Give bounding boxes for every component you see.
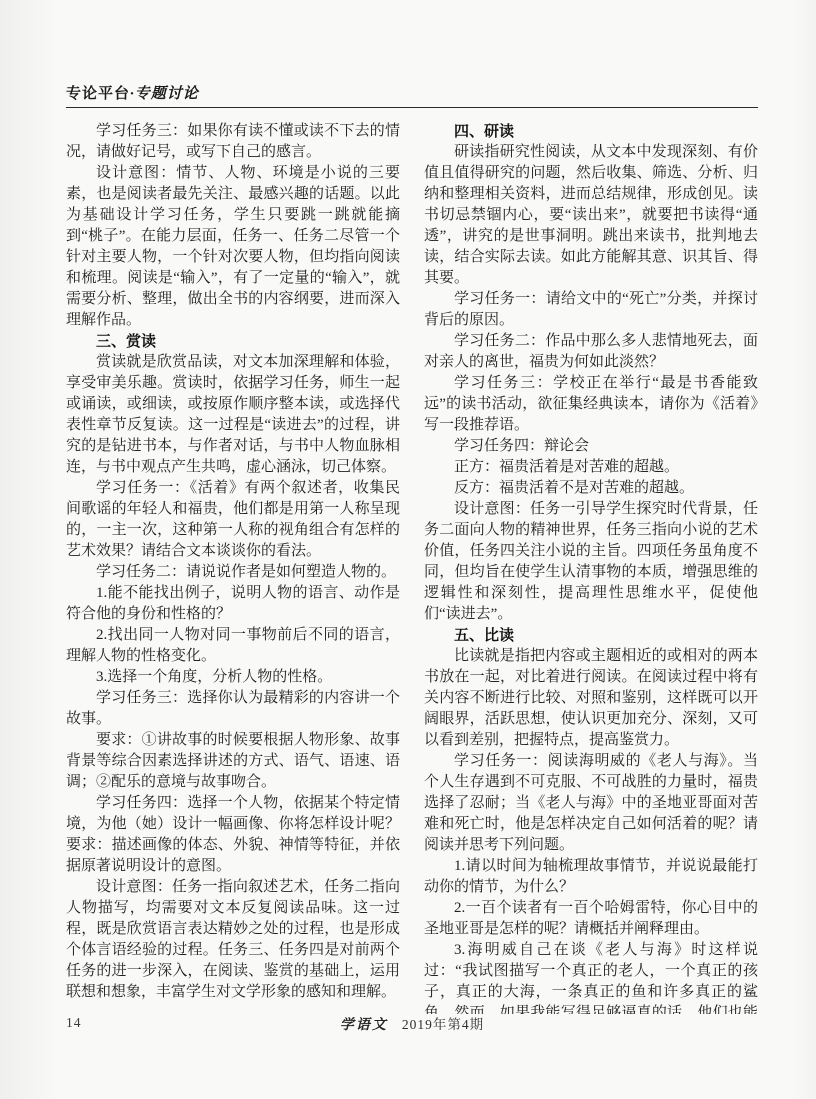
paragraph: 设计意图：任务一引导学生探究时代背景，任务二面向人物的精神世界，任务三指向小说的… [424, 499, 758, 625]
paragraph: 2.找出同一人物对同一事物前后不同的语言，理解人物的性格变化。 [66, 625, 400, 667]
paragraph: 研读指研究性阅读，从文本中发现深刻、有价值且值得研究的问题，然后收集、筛选、分析… [424, 142, 758, 289]
paragraph: 赏读就是欣赏品读，对文本加深理解和体验，享受审美乐趣。赏读时，依据学习任务，师生… [66, 352, 400, 478]
paragraph: 要求：①讲故事的时候要根据人物形象、故事背景等综合因素选择讲述的方式、语气、语速… [66, 730, 400, 793]
paragraph: 学习任务二：请说说作者是如何塑造人物的。 [66, 562, 400, 583]
paragraph: 学习任务四：选择一个人物，依据某个特定情境，为他（她）设计一幅画像、你将怎样设计… [66, 793, 400, 877]
paragraph: 学习任务二：作品中那么多人悲情地死去，面对亲人的离世，福贵为何如此淡然？ [424, 331, 758, 373]
paragraph: 设计意图：任务一指向叙述艺术，任务二指向人物描写，均需要对文本反复阅读品味。这一… [66, 877, 400, 1003]
page-header: 专论平台·专题讨论 [66, 82, 758, 108]
paragraph: 设计意图：情节、人物、环境是小说的三要素，也是阅读者最先关注、最感兴趣的话题。以… [66, 163, 400, 331]
section-heading: 三、赏读 [66, 331, 400, 352]
journal-logo: 学语文 [340, 1018, 388, 1033]
issue-label: 2019年第4期 [402, 1017, 484, 1032]
paragraph: 3.海明威自己在谈《老人与海》时这样说过：“我试图描写一个真正的老人，一个真正的… [424, 940, 758, 1014]
column-section-label: 专论平台·专题讨论 [66, 85, 199, 102]
paragraph: 学习任务三：学校正在举行“最是书香能致远”的读书活动，欲征集经典读本，请你为《活… [424, 373, 758, 436]
paragraph: 1.请以时间为轴梳理故事情节，并说说最能打动你的情节，为什么？ [424, 856, 758, 898]
section-label-main: 专论平台 [66, 85, 130, 102]
footer-center: 学语文2019年第4期 [66, 1013, 758, 1034]
section-heading: 五、比读 [424, 625, 758, 646]
paragraph: 学习任务一：请给文中的“死亡”分类，并探讨背后的原因。 [424, 289, 758, 331]
header-rule [66, 107, 758, 108]
right-column: 四、研读 研读指研究性阅读，从文本中发现深刻、有价值且值得研究的问题，然后收集、… [424, 121, 758, 1014]
paragraph: 2.一百个读者有一百个哈姆雷特，你心目中的圣地亚哥是怎样的呢？请概括并阐释理由。 [424, 898, 758, 940]
paragraph: 学习任务一：阅读海明威的《老人与海》。当个人生存遇到不可克服、不可战胜的力量时，… [424, 751, 758, 856]
page-footer: 14 学语文2019年第4期 [66, 1013, 758, 1035]
paragraph: 学习任务一：《活着》有两个叙述者，收集民间歌谣的年轻人和福贵，他们都是用第一人称… [66, 478, 400, 562]
section-heading: 四、研读 [424, 121, 758, 142]
paragraph: 学习任务三：如果你有读不懂或读不下去的情况，请做好记号，或写下自己的感言。 [66, 121, 400, 163]
paragraph: 1.能不能找出例子，说明人物的语言、动作是符合他的身份和性格的？ [66, 583, 400, 625]
text-columns: 学习任务三：如果你有读不懂或读不下去的情况，请做好记号，或写下自己的感言。 设计… [66, 121, 758, 1014]
left-column: 学习任务三：如果你有读不懂或读不下去的情况，请做好记号，或写下自己的感言。 设计… [66, 121, 400, 1014]
paragraph: 学习任务三：选择你认为最精彩的内容讲一个故事。 [66, 688, 400, 730]
paragraph: 3.选择一个角度，分析人物的性格。 [66, 667, 400, 688]
paragraph: 反方：福贵活着不是对苦难的超越。 [424, 478, 758, 499]
section-label-sub: ·专题讨论 [130, 86, 199, 102]
paragraph: 学习任务四：辩论会 [424, 436, 758, 457]
journal-page: 专论平台·专题讨论 学习任务三：如果你有读不懂或读不下去的情况，请做好记号，或写… [0, 0, 816, 1099]
paragraph: 比读就是指把内容或主题相近的或相对的两本书放在一起，对比着进行阅读。在阅读过程中… [424, 646, 758, 751]
paragraph: 正方：福贵活着是对苦难的超越。 [424, 457, 758, 478]
